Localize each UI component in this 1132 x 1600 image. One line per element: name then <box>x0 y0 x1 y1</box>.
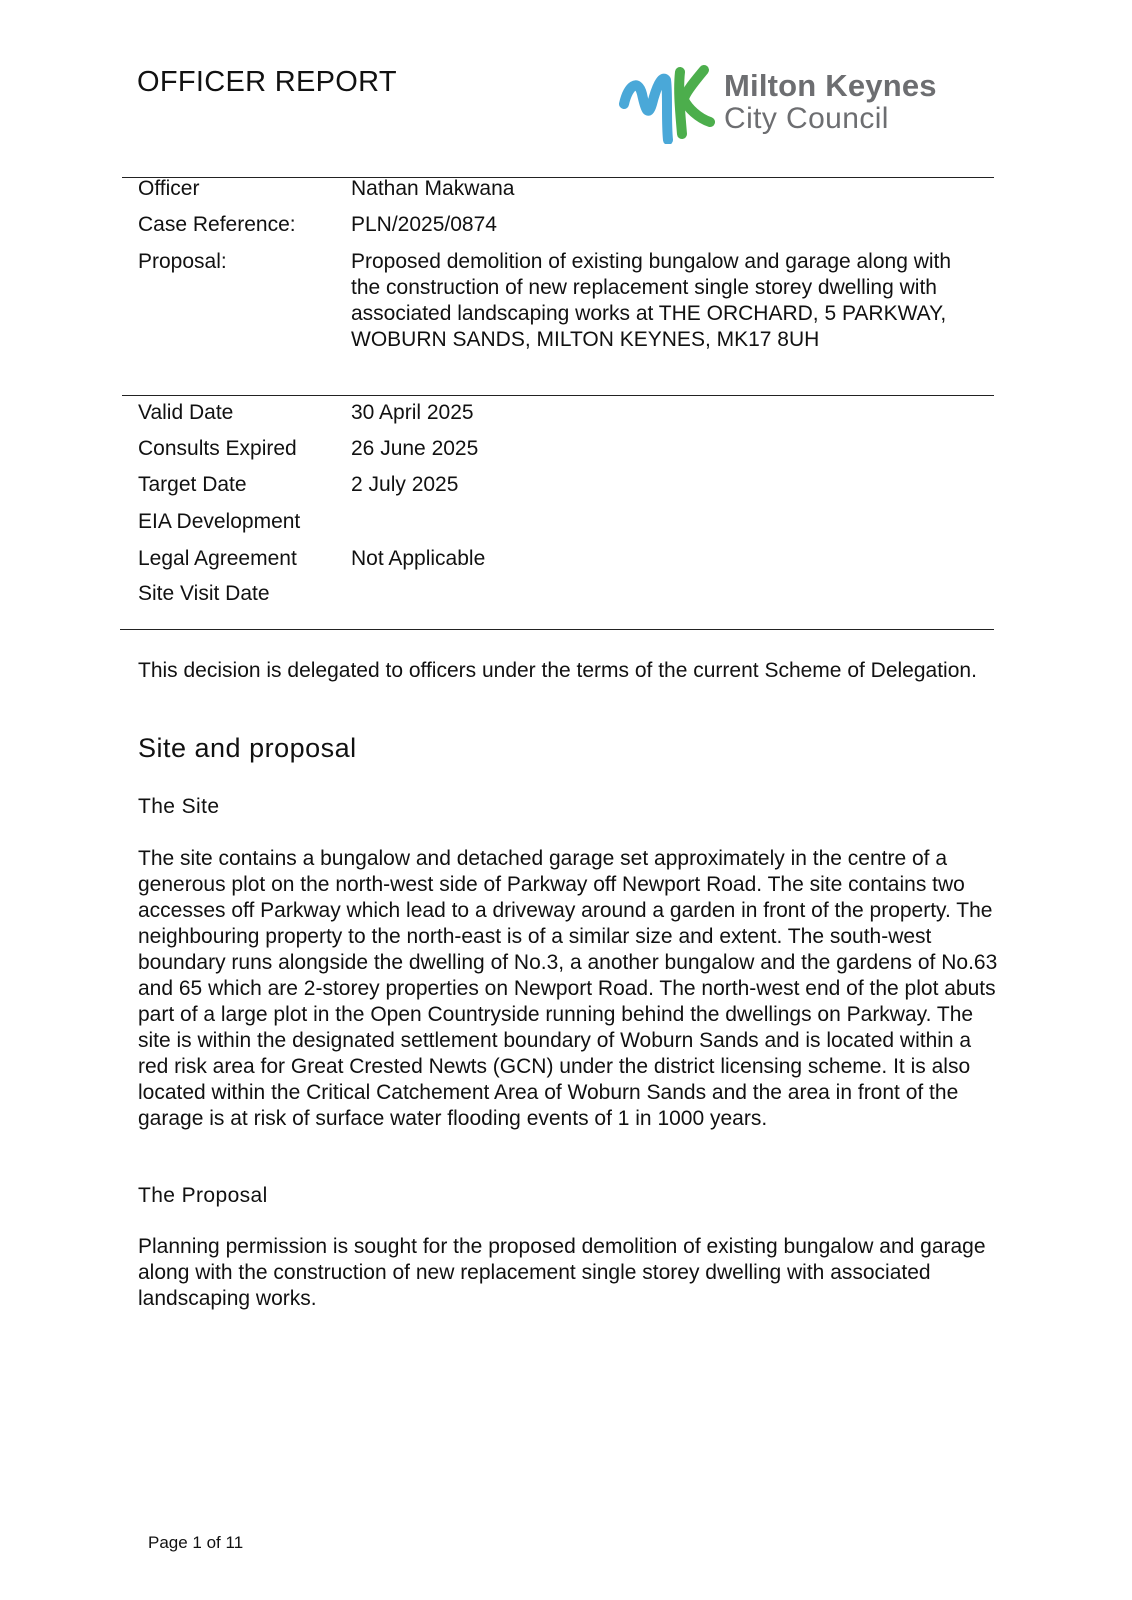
logo-line-2: City Council <box>724 104 937 134</box>
council-logo: Milton Keynes City Council <box>618 64 998 144</box>
valid-date-label: Valid Date <box>138 400 233 426</box>
table-bottom-rule <box>120 629 994 630</box>
logo-line-1: Milton Keynes <box>724 70 937 101</box>
proposal-description: Planning permission is sought for the pr… <box>138 1234 998 1312</box>
valid-date-value: 30 April 2025 <box>351 400 971 426</box>
logo-wordmark: Milton Keynes City Council <box>724 70 937 134</box>
legal-agreement-label: Legal Agreement <box>138 546 297 572</box>
report-title: OFFICER REPORT <box>137 66 397 99</box>
proposal-value: Proposed demolition of existing bungalow… <box>351 249 971 353</box>
site-visit-date-label: Site Visit Date <box>138 581 270 607</box>
target-date-value: 2 July 2025 <box>351 472 971 498</box>
case-reference-value: PLN/2025/0874 <box>351 212 971 238</box>
delegation-statement: This decision is delegated to officers u… <box>138 658 998 684</box>
proposal-label: Proposal: <box>138 249 227 275</box>
consults-expired-label: Consults Expired <box>138 436 297 462</box>
legal-agreement-value: Not Applicable <box>351 546 971 572</box>
mk-logo-mark-icon <box>618 64 718 144</box>
consults-expired-value: 26 June 2025 <box>351 436 971 462</box>
subheading-the-site: The Site <box>138 795 219 819</box>
case-reference-label: Case Reference: <box>138 212 296 238</box>
officer-label: Officer <box>138 176 199 202</box>
site-description: The site contains a bungalow and detache… <box>138 846 998 1132</box>
page-number: Page 1 of 11 <box>148 1533 243 1553</box>
target-date-label: Target Date <box>138 472 247 498</box>
section-heading-site-and-proposal: Site and proposal <box>138 733 357 764</box>
eia-development-label: EIA Development <box>138 509 300 535</box>
officer-value: Nathan Makwana <box>351 176 971 202</box>
table-middle-rule <box>122 395 994 396</box>
subheading-the-proposal: The Proposal <box>138 1184 268 1208</box>
